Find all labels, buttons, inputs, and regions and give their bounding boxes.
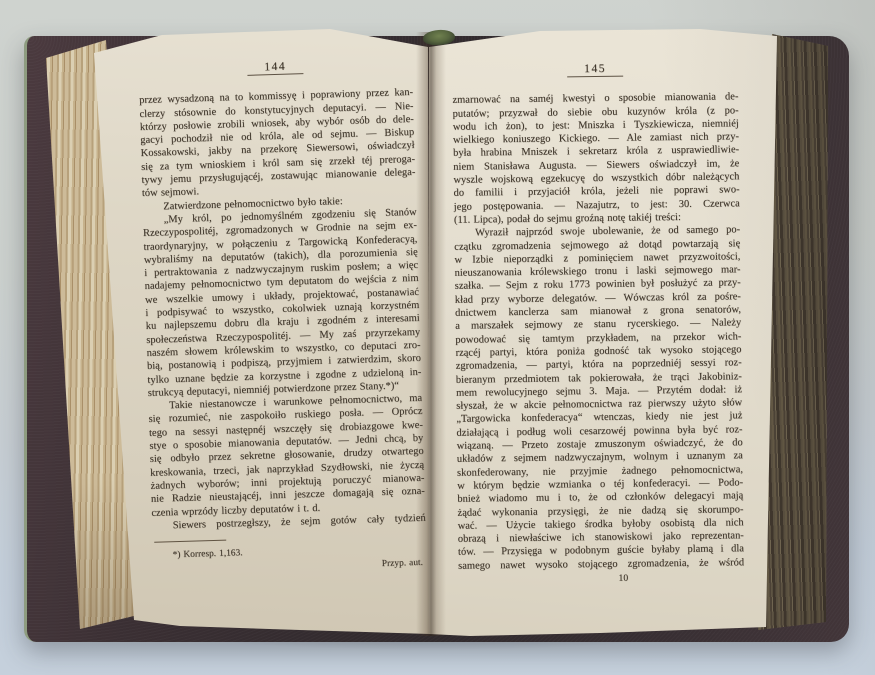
page-number: 145 bbox=[567, 62, 623, 78]
right-page-text: 145 zmarnować na saméj kwestyi o sposobi… bbox=[452, 60, 744, 587]
paragraph: przez wysadzoną na to kommissyę i popraw… bbox=[139, 86, 416, 200]
page-number-wrap: 145 bbox=[452, 60, 738, 79]
footnote-rule bbox=[154, 540, 226, 543]
left-page-body: przez wysadzoną na to kommissyę i popraw… bbox=[139, 86, 426, 533]
paragraph: „My król, po jednomyślném zgodzeniu się … bbox=[143, 206, 422, 400]
paragraph: zmarnować na saméj kwestyi o sposobie mi… bbox=[452, 91, 740, 227]
paragraph: Takie niestanowcze i warunkowe pełnomocn… bbox=[148, 392, 425, 520]
left-page-text: 144 przez wysadzoną na to kommissyę i po… bbox=[138, 56, 427, 577]
page-number: 144 bbox=[247, 59, 303, 76]
photo-open-book: 144 przez wysadzoną na to kommissyę i po… bbox=[0, 0, 875, 675]
paragraph: Wyraził najprzód swoje ubolewanie, że od… bbox=[454, 224, 744, 573]
right-page-body: zmarnować na saméj kwestyi o sposobie mi… bbox=[452, 91, 744, 573]
